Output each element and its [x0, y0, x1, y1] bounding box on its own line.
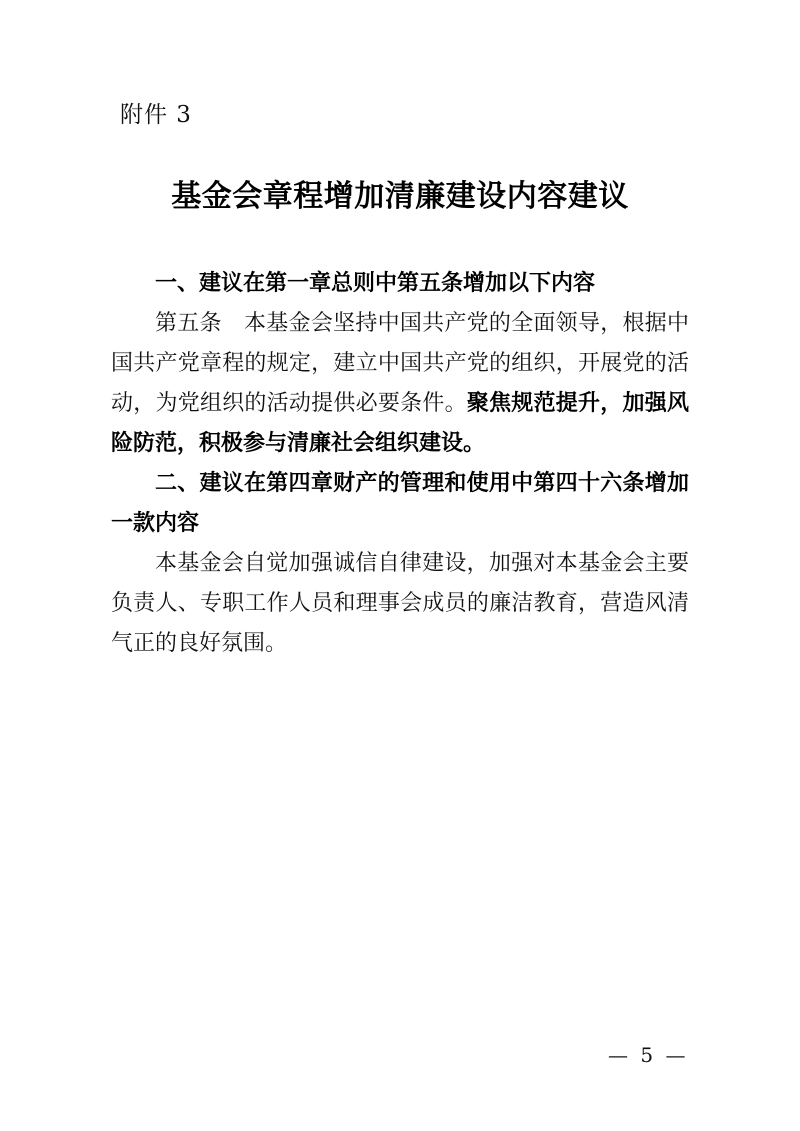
- document-body: 一、建议在第一章总则中第五条增加以下内容 第五条 本基金会坚持中国共产党的全面领…: [111, 264, 689, 664]
- section-2-heading: 二、建议在第四章财产的管理和使用中第四十六条增加一款内容: [111, 464, 689, 544]
- document-title: 基金会章程增加清廉建设内容建议: [0, 178, 800, 216]
- section-2-paragraph-normal-text: 本基金会自觉加强诚信自律建设，加强对本基金会主要负责人、专职工作人员和理事会成员…: [111, 551, 689, 656]
- document-page: 附件 3 基金会章程增加清廉建设内容建议 一、建议在第一章总则中第五条增加以下内…: [0, 0, 800, 1131]
- section-1-heading: 一、建议在第一章总则中第五条增加以下内容: [111, 264, 689, 304]
- page-number: — 5 —: [608, 1042, 688, 1068]
- section-1-paragraph: 第五条 本基金会坚持中国共产党的全面领导，根据中国共产党章程的规定，建立中国共产…: [111, 304, 689, 464]
- attachment-label: 附件 3: [120, 101, 192, 129]
- section-2-paragraph: 本基金会自觉加强诚信自律建设，加强对本基金会主要负责人、专职工作人员和理事会成员…: [111, 544, 689, 664]
